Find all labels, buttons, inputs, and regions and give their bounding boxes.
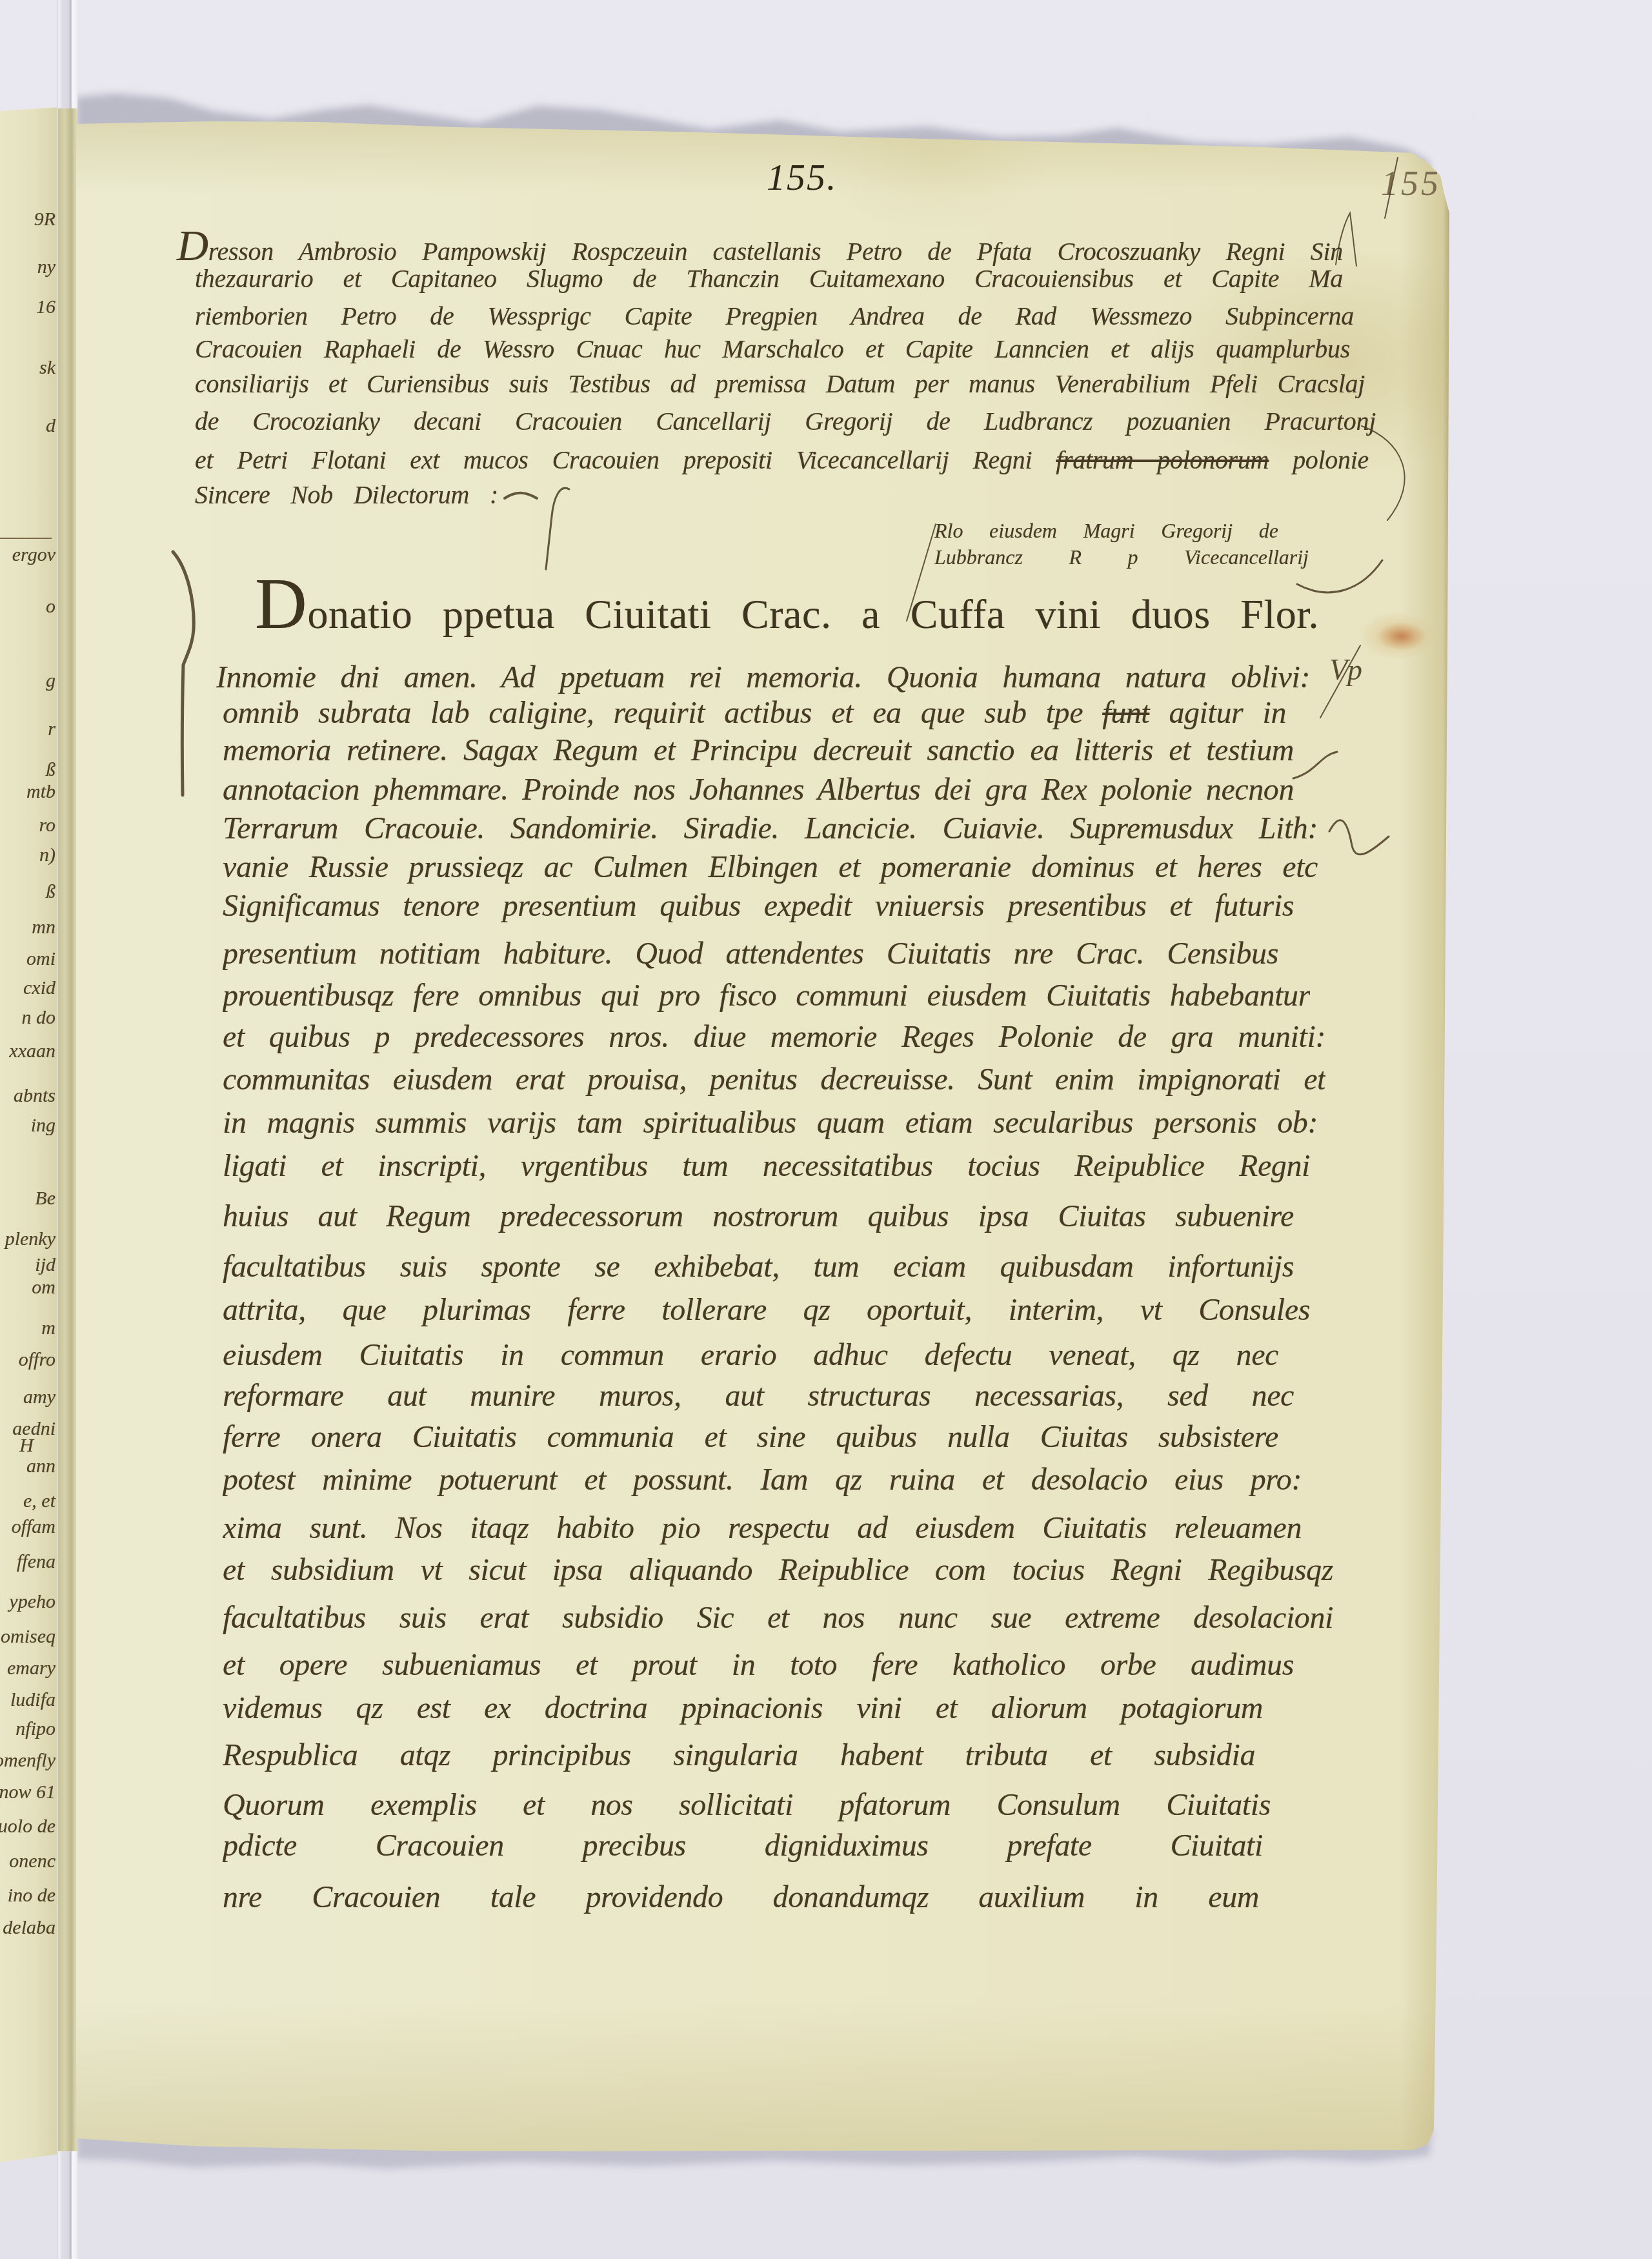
margin-arc-icon [1362, 426, 1405, 520]
margin-fragment: cxid [23, 977, 55, 1000]
margin-rule [0, 538, 52, 539]
margin-fragment: uolo de [0, 1815, 55, 1838]
margin-fragment: mtb [26, 780, 55, 804]
margin-fragment: e, et [23, 1490, 55, 1513]
long-s-stroke-icon [546, 488, 569, 569]
margin-fragment: r [48, 718, 55, 741]
margin-fragment: abnts [14, 1084, 55, 1108]
caret-mark-icon [1336, 213, 1356, 266]
margin-fragment: H [19, 1434, 34, 1457]
margin-fragment: ro [39, 814, 55, 837]
margin-fragment: n do [22, 1006, 56, 1029]
margin-fragment: ny [37, 256, 55, 279]
margin-fragment: xxaan [9, 1040, 55, 1063]
margin-long-s-icon [1293, 752, 1337, 778]
margin-fragment: o [46, 595, 55, 618]
margin-fragment: ergov [12, 543, 55, 567]
margin-fragment: ß [46, 758, 55, 782]
previous-page-margin-text: 9R ny 16 sk d ergov o g r ß mtb ro n) ß … [0, 0, 59, 2259]
margin-fragment: amy [23, 1386, 55, 1409]
margin-fragment: 16 [36, 296, 55, 319]
margin-fragment: omiseq [1, 1625, 55, 1648]
margin-fragment: ing [31, 1114, 55, 1137]
margin-fragment: omi [26, 947, 55, 971]
margin-fragment: 9R [34, 208, 55, 231]
margin-fragment: ino de [8, 1884, 55, 1907]
margin-fragment: ijd [35, 1253, 55, 1277]
signature-guide-stroke-icon [907, 524, 936, 621]
margin-wave-mark-icon [1329, 820, 1389, 855]
margin-fragment: om [32, 1276, 55, 1299]
margin-fragment: offro [19, 1348, 55, 1372]
margin-fragment: offam [12, 1515, 55, 1539]
line-end-flourish-icon [505, 493, 537, 498]
margin-fragment: plenky [5, 1228, 55, 1251]
margin-fragment: ffena [17, 1550, 55, 1574]
margin-fragment: omenfly [0, 1749, 55, 1772]
margin-fragment: emary [7, 1657, 55, 1680]
margin-fragment: ann [26, 1455, 55, 1478]
manuscript-folio: 155. 155 Dresson Ambrosio Pampowskij Ros… [0, 0, 1652, 2259]
corner-number-slash-icon [1385, 157, 1398, 218]
signature-swash-icon [1297, 560, 1382, 593]
margin-fragment: onenc [9, 1850, 55, 1873]
margin-diagonal-stroke-icon [1320, 645, 1360, 718]
margin-fragment: m [41, 1317, 55, 1340]
bracket-flourish-icon [173, 552, 194, 795]
pen-strokes [0, 0, 1652, 2259]
book-gutter [58, 108, 77, 2151]
margin-fragment: mn [32, 916, 55, 939]
margin-fragment: nfipo [15, 1717, 55, 1741]
margin-fragment: d [46, 414, 55, 438]
margin-fragment: ß [46, 880, 55, 904]
margin-fragment: g [46, 669, 55, 693]
margin-fragment: now 61 [0, 1781, 55, 1804]
margin-fragment: ypeho [9, 1590, 55, 1614]
margin-fragment: n) [39, 844, 55, 867]
margin-fragment: Be [35, 1187, 55, 1210]
margin-fragment: n delaba [0, 1916, 55, 1940]
margin-fragment: ludifa [10, 1688, 55, 1712]
margin-fragment: sk [39, 356, 55, 380]
